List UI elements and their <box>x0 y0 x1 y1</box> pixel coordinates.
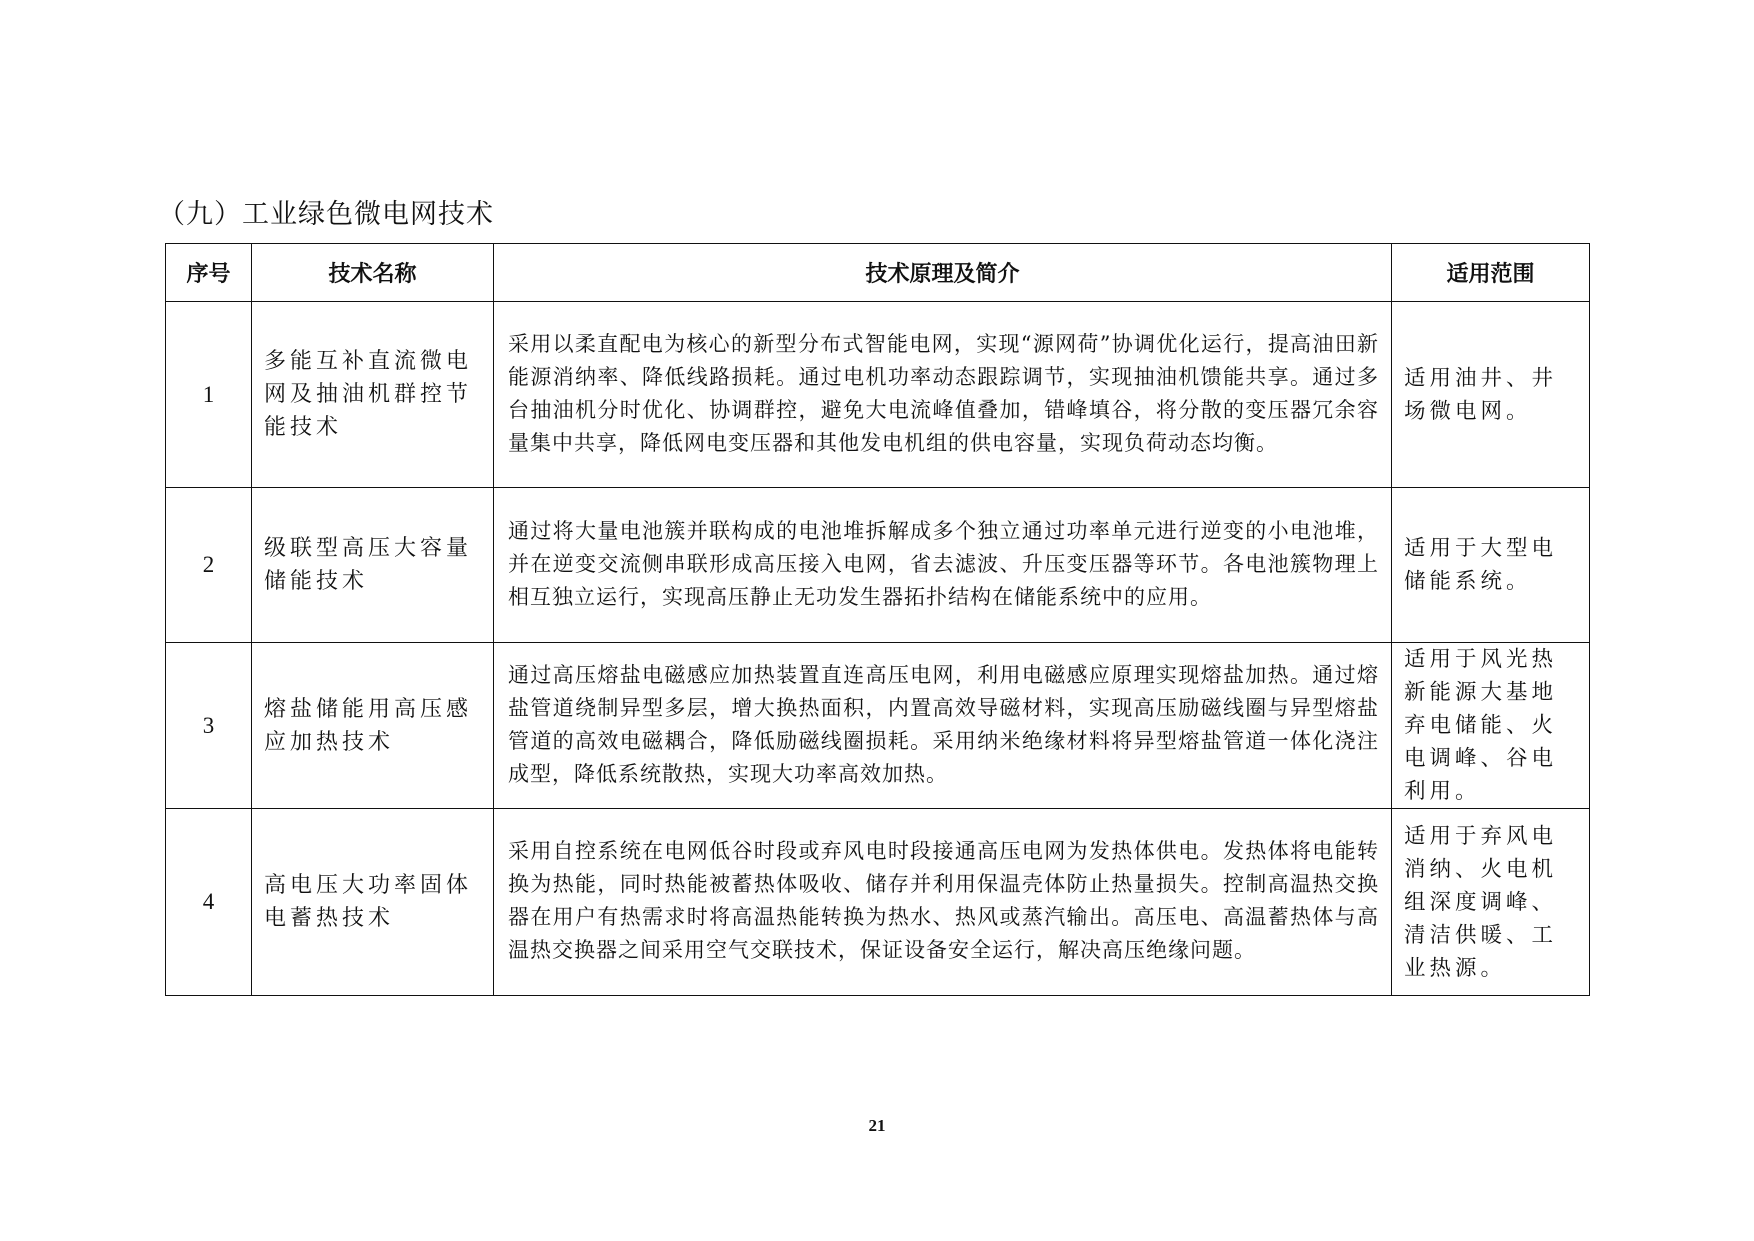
page-number: 21 <box>0 1116 1754 1136</box>
description-cell: 采用以柔直配电为核心的新型分布式智能电网，实现“源网荷”协调优化运行，提高油田新… <box>494 302 1392 488</box>
serial-no-cell: 3 <box>166 643 252 809</box>
header-tech-name: 技术名称 <box>252 244 494 302</box>
description-cell: 采用自控系统在电网低谷时段或弃风电时段接通高压电网为发热体供电。发热体将电能转换… <box>494 809 1392 996</box>
serial-no-cell: 4 <box>166 809 252 996</box>
scope-cell: 适用油井、井场微电网。 <box>1392 302 1590 488</box>
table-row: 4 高电压大功率固体电蓄热技术 采用自控系统在电网低谷时段或弃风电时段接通高压电… <box>166 809 1590 996</box>
tech-name-cell: 多能互补直流微电网及抽油机群控节能技术 <box>252 302 494 488</box>
tech-name-cell: 熔盐储能用高压感应加热技术 <box>252 643 494 809</box>
scope-cell: 适用于风光热新能源大基地弃电储能、火电调峰、谷电利用。 <box>1392 643 1590 809</box>
tech-name-cell: 高电压大功率固体电蓄热技术 <box>252 809 494 996</box>
description-cell: 通过将大量电池簇并联构成的电池堆拆解成多个独立通过功率单元进行逆变的小电池堆，并… <box>494 488 1392 643</box>
table-row: 3 熔盐储能用高压感应加热技术 通过高压熔盐电磁感应加热装置直连高压电网，利用电… <box>166 643 1590 809</box>
serial-no-cell: 2 <box>166 488 252 643</box>
tech-name-cell: 级联型高压大容量储能技术 <box>252 488 494 643</box>
serial-no-cell: 1 <box>166 302 252 488</box>
description-cell: 通过高压熔盐电磁感应加热装置直连高压电网，利用电磁感应原理实现熔盐加热。通过熔盐… <box>494 643 1392 809</box>
header-serial-no: 序号 <box>166 244 252 302</box>
header-description: 技术原理及简介 <box>494 244 1392 302</box>
section-title: （九）工业绿色微电网技术 <box>158 192 494 231</box>
table-row: 1 多能互补直流微电网及抽油机群控节能技术 采用以柔直配电为核心的新型分布式智能… <box>166 302 1590 488</box>
table-header-row: 序号 技术名称 技术原理及简介 适用范围 <box>166 244 1590 302</box>
header-scope: 适用范围 <box>1392 244 1590 302</box>
scope-cell: 适用于大型电储能系统。 <box>1392 488 1590 643</box>
scope-cell: 适用于弃风电消纳、火电机组深度调峰、清洁供暖、工业热源。 <box>1392 809 1590 996</box>
table-row: 2 级联型高压大容量储能技术 通过将大量电池簇并联构成的电池堆拆解成多个独立通过… <box>166 488 1590 643</box>
technology-table: 序号 技术名称 技术原理及简介 适用范围 1 多能互补直流微电网及抽油机群控节能… <box>165 243 1590 996</box>
